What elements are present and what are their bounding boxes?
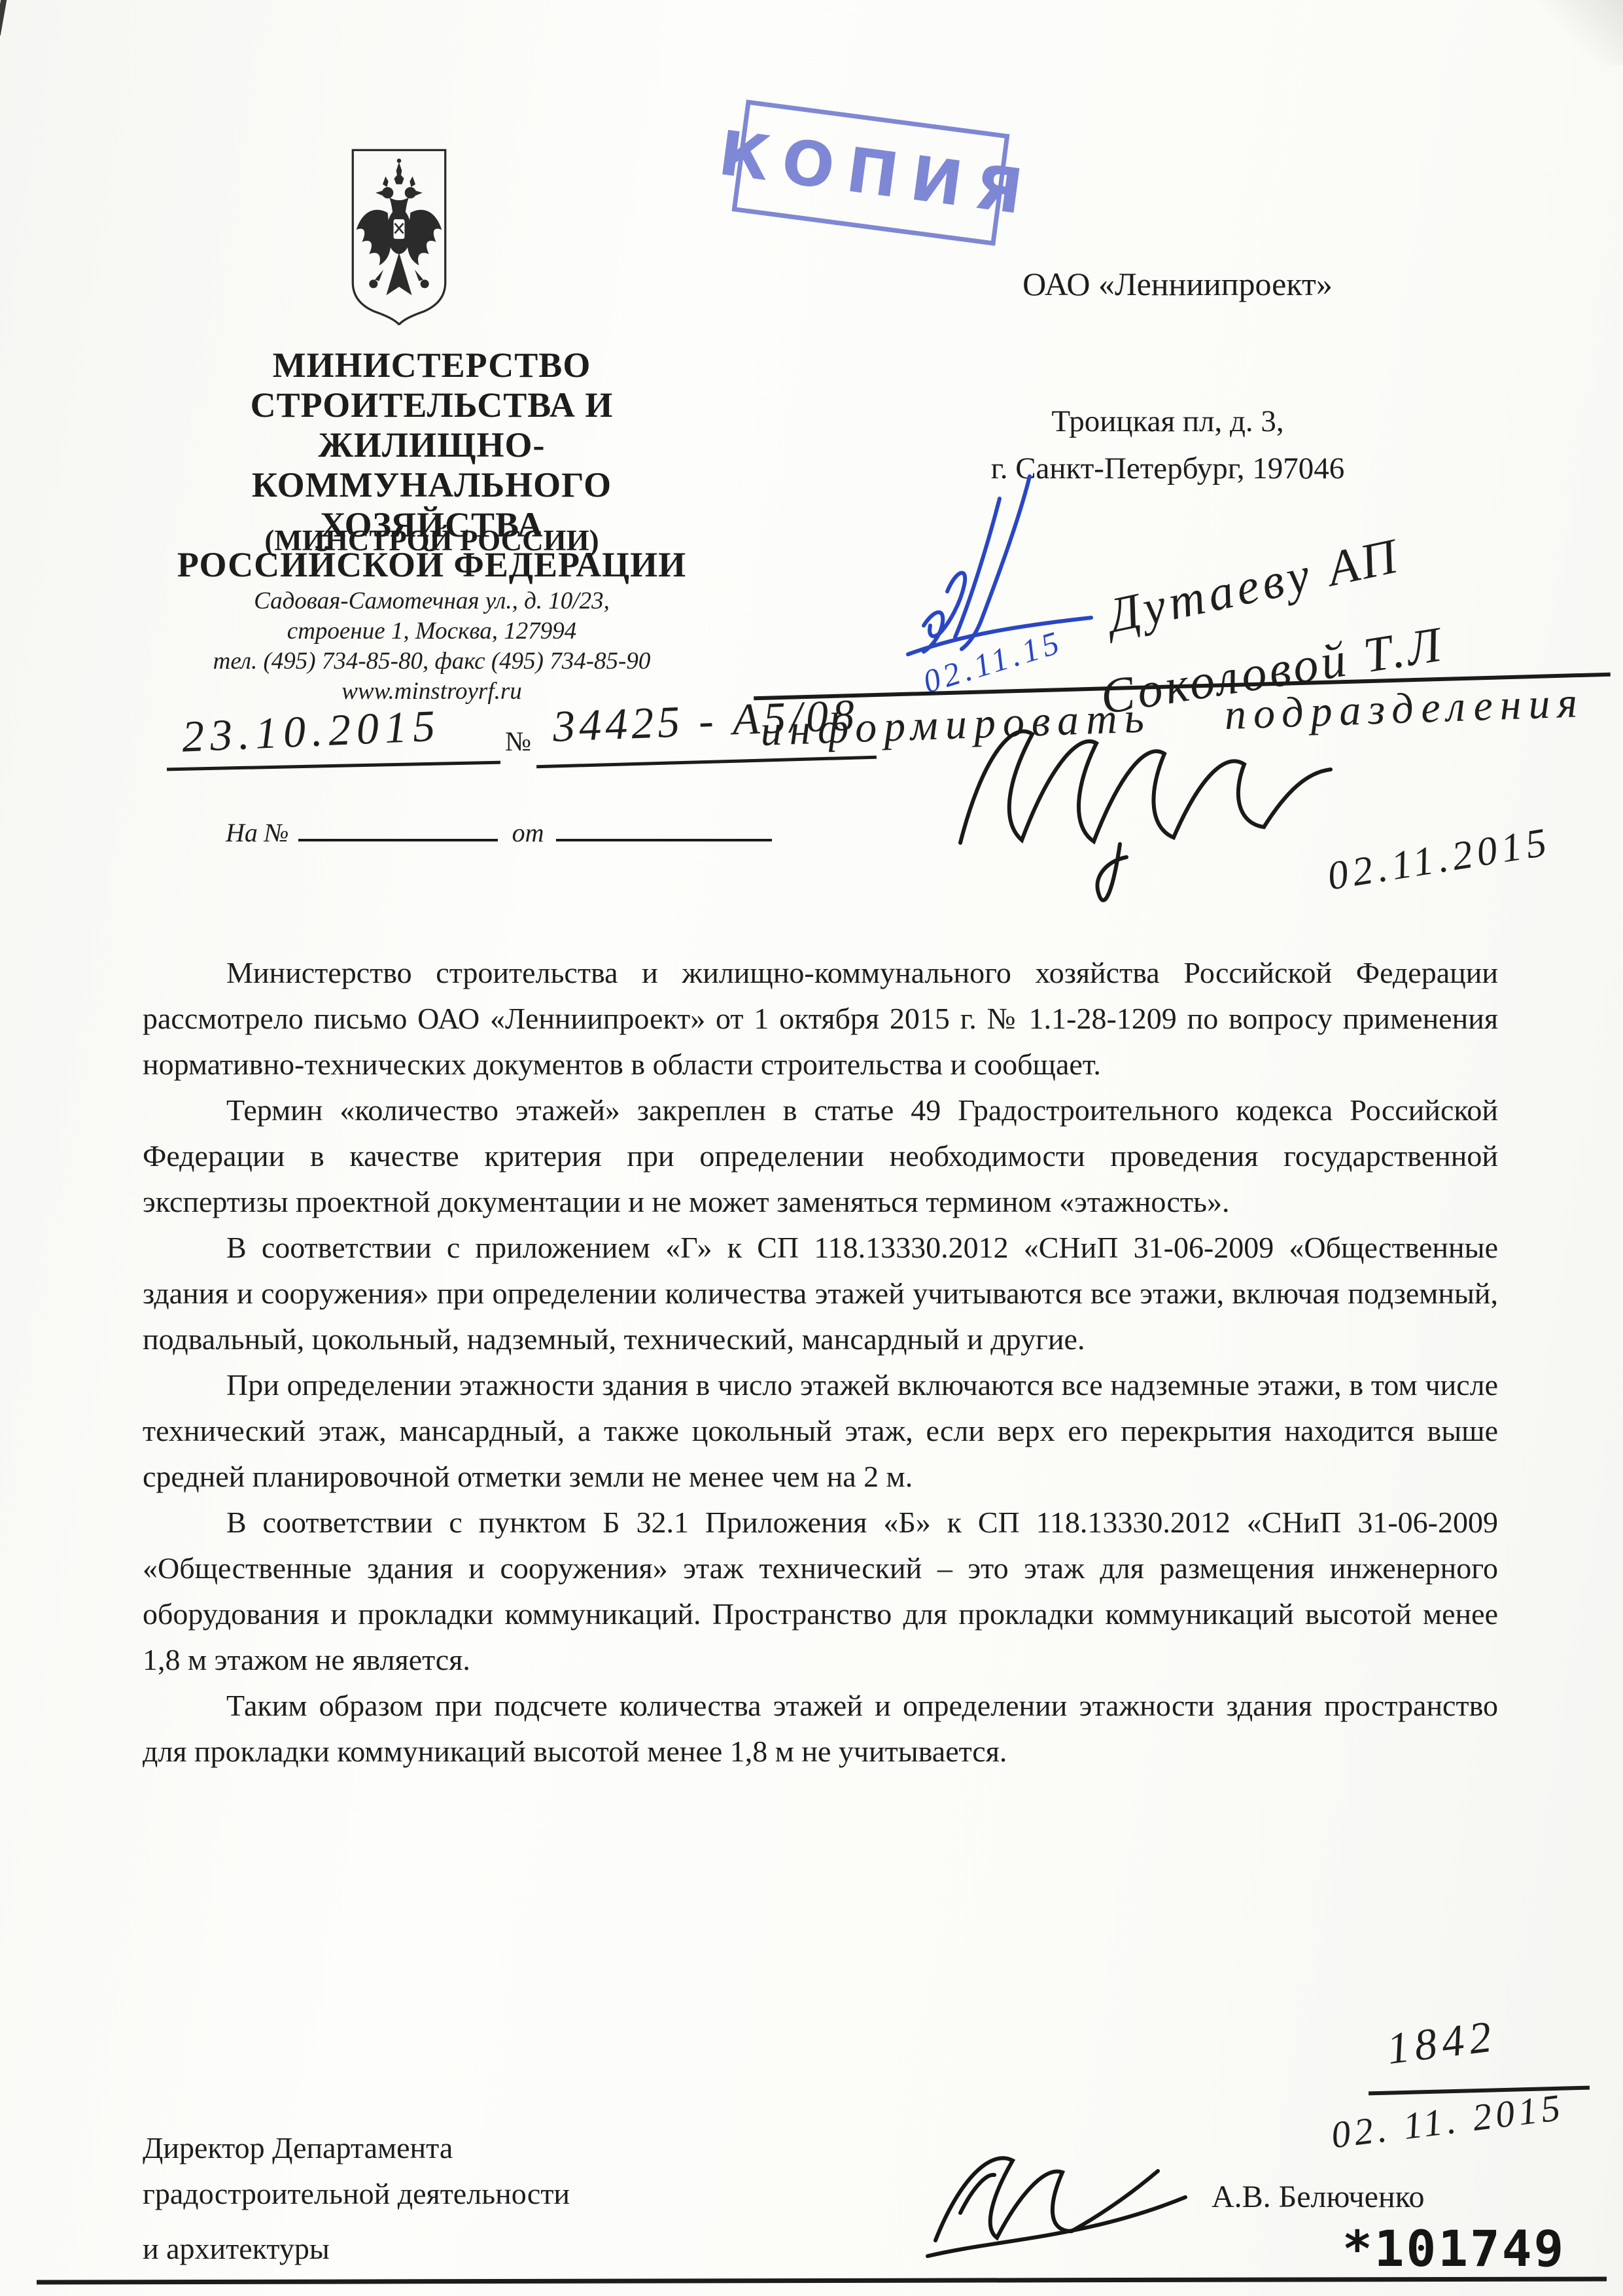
coat-of-arms-eagle-icon [343,147,455,325]
reference-number-blank [298,810,498,841]
director-signature [921,2134,1202,2278]
reference-date-blank [556,810,772,841]
body-paragraph: В соответствии с приложением «Г» к СП 11… [143,1225,1498,1362]
letter-body: Министерство строительства и жилищно-ком… [143,950,1498,1775]
outgoing-number-underline [536,756,877,769]
handwritten-registration-number: 1842 [1384,2010,1499,2075]
signer-position-line-3-clipped: и архитектуры [143,2231,601,2269]
outgoing-date-handwritten: 23.10.2015 [181,699,442,762]
scan-edge-line-bottom [37,2276,1607,2284]
resolution-date: 02.11.2015 [1325,819,1554,900]
reference-na-label: На № [226,818,289,847]
scan-edge-artifact-top-left [0,0,7,35]
signer-position-line-3: и архитектуры [143,2232,330,2265]
signer-name: А.В. Белюченко [1212,2179,1425,2215]
recipient-address-line: Троицкая пл, д. 3, [916,398,1420,445]
scan-shadow-top-right [1525,0,1623,65]
registration-stamp-number: *101749 [1342,2219,1565,2278]
copy-stamp: КОПИЯ [732,99,1010,246]
signer-position-line-1: Директор Департамента [143,2130,453,2165]
body-paragraph: В соответствии с пунктом Б 32.1 Приложен… [143,1500,1498,1683]
letterhead-address-block: Садовая-Самотечная ул., д. 10/23, строен… [137,586,726,707]
copy-stamp-label: КОПИЯ [702,116,1039,230]
letterhead-address-line: строение 1, Москва, 127994 [137,616,726,646]
letterhead-address-line: Садовая-Самотечная ул., д. 10/23, [137,586,726,616]
ministry-line: СТРОИТЕЛЬСТВА И ЖИЛИЩНО- [137,385,726,465]
body-paragraph: Термин «количество этажей» закреплен в с… [143,1087,1498,1225]
number-sign: № [505,726,531,758]
reference-ot-label: от [512,818,544,847]
body-paragraph: При определении этажности здания в число… [143,1362,1498,1500]
signer-position-line-2: градостроительной деятельности [143,2176,570,2211]
body-paragraph: Таким образом при подсчете количества эт… [143,1683,1498,1775]
handwritten-registration-date: 02. 11. 2015 [1329,2085,1566,2157]
resolution-addressee-1: Дутаеву АП [1103,527,1406,645]
outgoing-date-underline [167,761,500,771]
recipient-organization: ОАО «Ленниипроект» [935,265,1420,303]
ministry-line: МИНИСТЕРСТВО [137,345,726,385]
resolution-signature [949,700,1341,883]
scanned-letter-page: КОПИЯ МИНИСТЕРСТВО СТРОИТЕЛЬСТВА И ЖИЛИЩ… [0,0,1623,2296]
reference-line: На №от [226,810,772,848]
letterhead-address-line: тел. (495) 734-85-80, факс (495) 734-85-… [137,646,726,677]
ministry-short-name: (МИНСТРОЙ РОССИИ) [137,523,726,557]
coat-of-arms-svg [343,147,455,325]
body-paragraph: Министерство строительства и жилищно-ком… [143,950,1498,1087]
